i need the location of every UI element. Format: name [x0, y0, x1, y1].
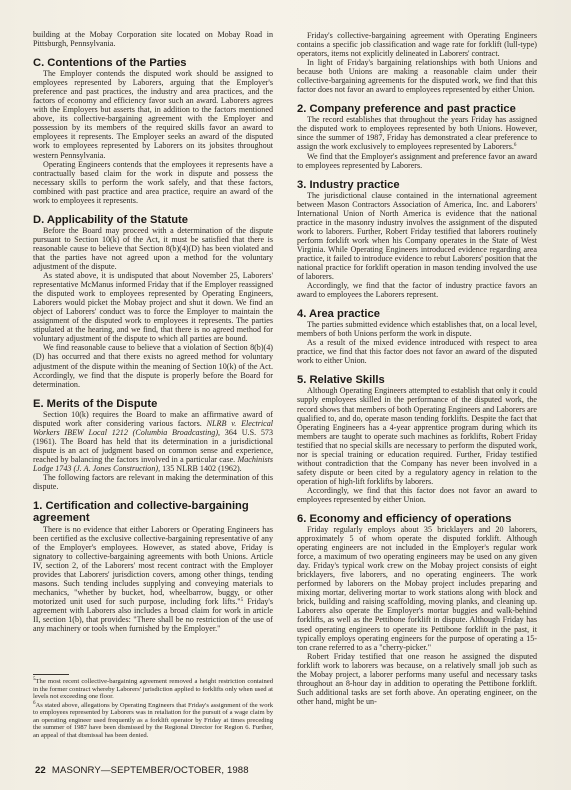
section-e-paragraph: The following factors are relevant in ma…: [33, 473, 273, 491]
section-6-paragraph: Robert Friday testified that one reason …: [297, 652, 537, 706]
text-run: There is no evidence that either Laborer…: [33, 525, 273, 606]
section-e-heading: E. Merits of the Dispute: [33, 398, 273, 410]
section-6-heading: 6. Economy and efficiency of operations: [297, 513, 537, 525]
section-5-paragraph: Accordingly, we find that this factor do…: [297, 486, 537, 504]
text-run: The record establishes that throughout t…: [297, 115, 537, 151]
section-c-paragraph: The Employer contends the disputed work …: [33, 69, 273, 159]
section-3-paragraph: Accordingly, we find that the factor of …: [297, 281, 537, 299]
footnote-text: As stated above, allegations by Operatin…: [33, 702, 273, 739]
footnote-5: 5The most recent collective-bargaining a…: [33, 678, 273, 701]
section-c-paragraph: Operating Engineers contends that the em…: [33, 160, 273, 205]
publication-line: MASONRY—SEPTEMBER/OCTOBER, 1988: [52, 765, 249, 776]
section-c-heading: C. Contentions of the Parties: [33, 57, 273, 69]
section-d-paragraph: Before the Board may proceed with a dete…: [33, 226, 273, 271]
intro-paragraph: building at the Mobay Corporation site l…: [33, 30, 273, 48]
magazine-page: building at the Mobay Corporation site l…: [0, 0, 571, 790]
section-4-paragraph: As a result of the mixed evidence introd…: [297, 338, 537, 365]
section-4-heading: 4. Area practice: [297, 308, 537, 320]
footnote-ref-6[interactable]: 6: [514, 143, 517, 148]
section-6-paragraph: Friday regularly employs about 35 brickl…: [297, 525, 537, 652]
section-1-continued-paragraph: In light of Friday's bargaining relation…: [297, 58, 537, 94]
footnotes: 5The most recent collective-bargaining a…: [33, 678, 273, 740]
section-d-paragraph: As stated above, it is undisputed that a…: [33, 271, 273, 343]
section-3-heading: 3. Industry practice: [297, 179, 537, 191]
left-column: building at the Mobay Corporation site l…: [33, 30, 273, 633]
section-5-paragraph: Although Operating Engineers attempted t…: [297, 386, 537, 486]
page-number: 22: [35, 765, 46, 776]
section-2-heading: 2. Company preference and past practice: [297, 103, 537, 115]
section-1-heading: 1. Certification and collective-bargaini…: [33, 500, 273, 525]
section-2-paragraph: The record establishes that throughout t…: [297, 115, 537, 151]
section-2-paragraph: We find that the Employer's assignment a…: [297, 152, 537, 170]
section-d-heading: D. Applicability of the Statute: [33, 214, 273, 226]
section-e-paragraph: Section 10(k) requires the Board to make…: [33, 410, 273, 473]
section-3-paragraph: The jurisdictional clause contained in t…: [297, 191, 537, 281]
page-folio: 22MASONRY—SEPTEMBER/OCTOBER, 1988: [35, 765, 249, 776]
section-1-paragraph: There is no evidence that either Laborer…: [33, 525, 273, 634]
section-5-heading: 5. Relative Skills: [297, 374, 537, 386]
section-d-paragraph: We find reasonable cause to believe that…: [33, 343, 273, 388]
right-column: Friday's collective-bargaining agreement…: [297, 31, 537, 706]
footnote-divider: [33, 674, 69, 675]
footnote-text: The most recent collective-bargaining ag…: [33, 678, 273, 700]
section-1-continued-paragraph: Friday's collective-bargaining agreement…: [297, 31, 537, 58]
footnote-6: 6As stated above, allegations by Operati…: [33, 702, 273, 740]
text-run: , 135 NLRB 1402 (1962).: [158, 464, 242, 473]
section-4-paragraph: The parties submitted evidence which est…: [297, 320, 537, 338]
